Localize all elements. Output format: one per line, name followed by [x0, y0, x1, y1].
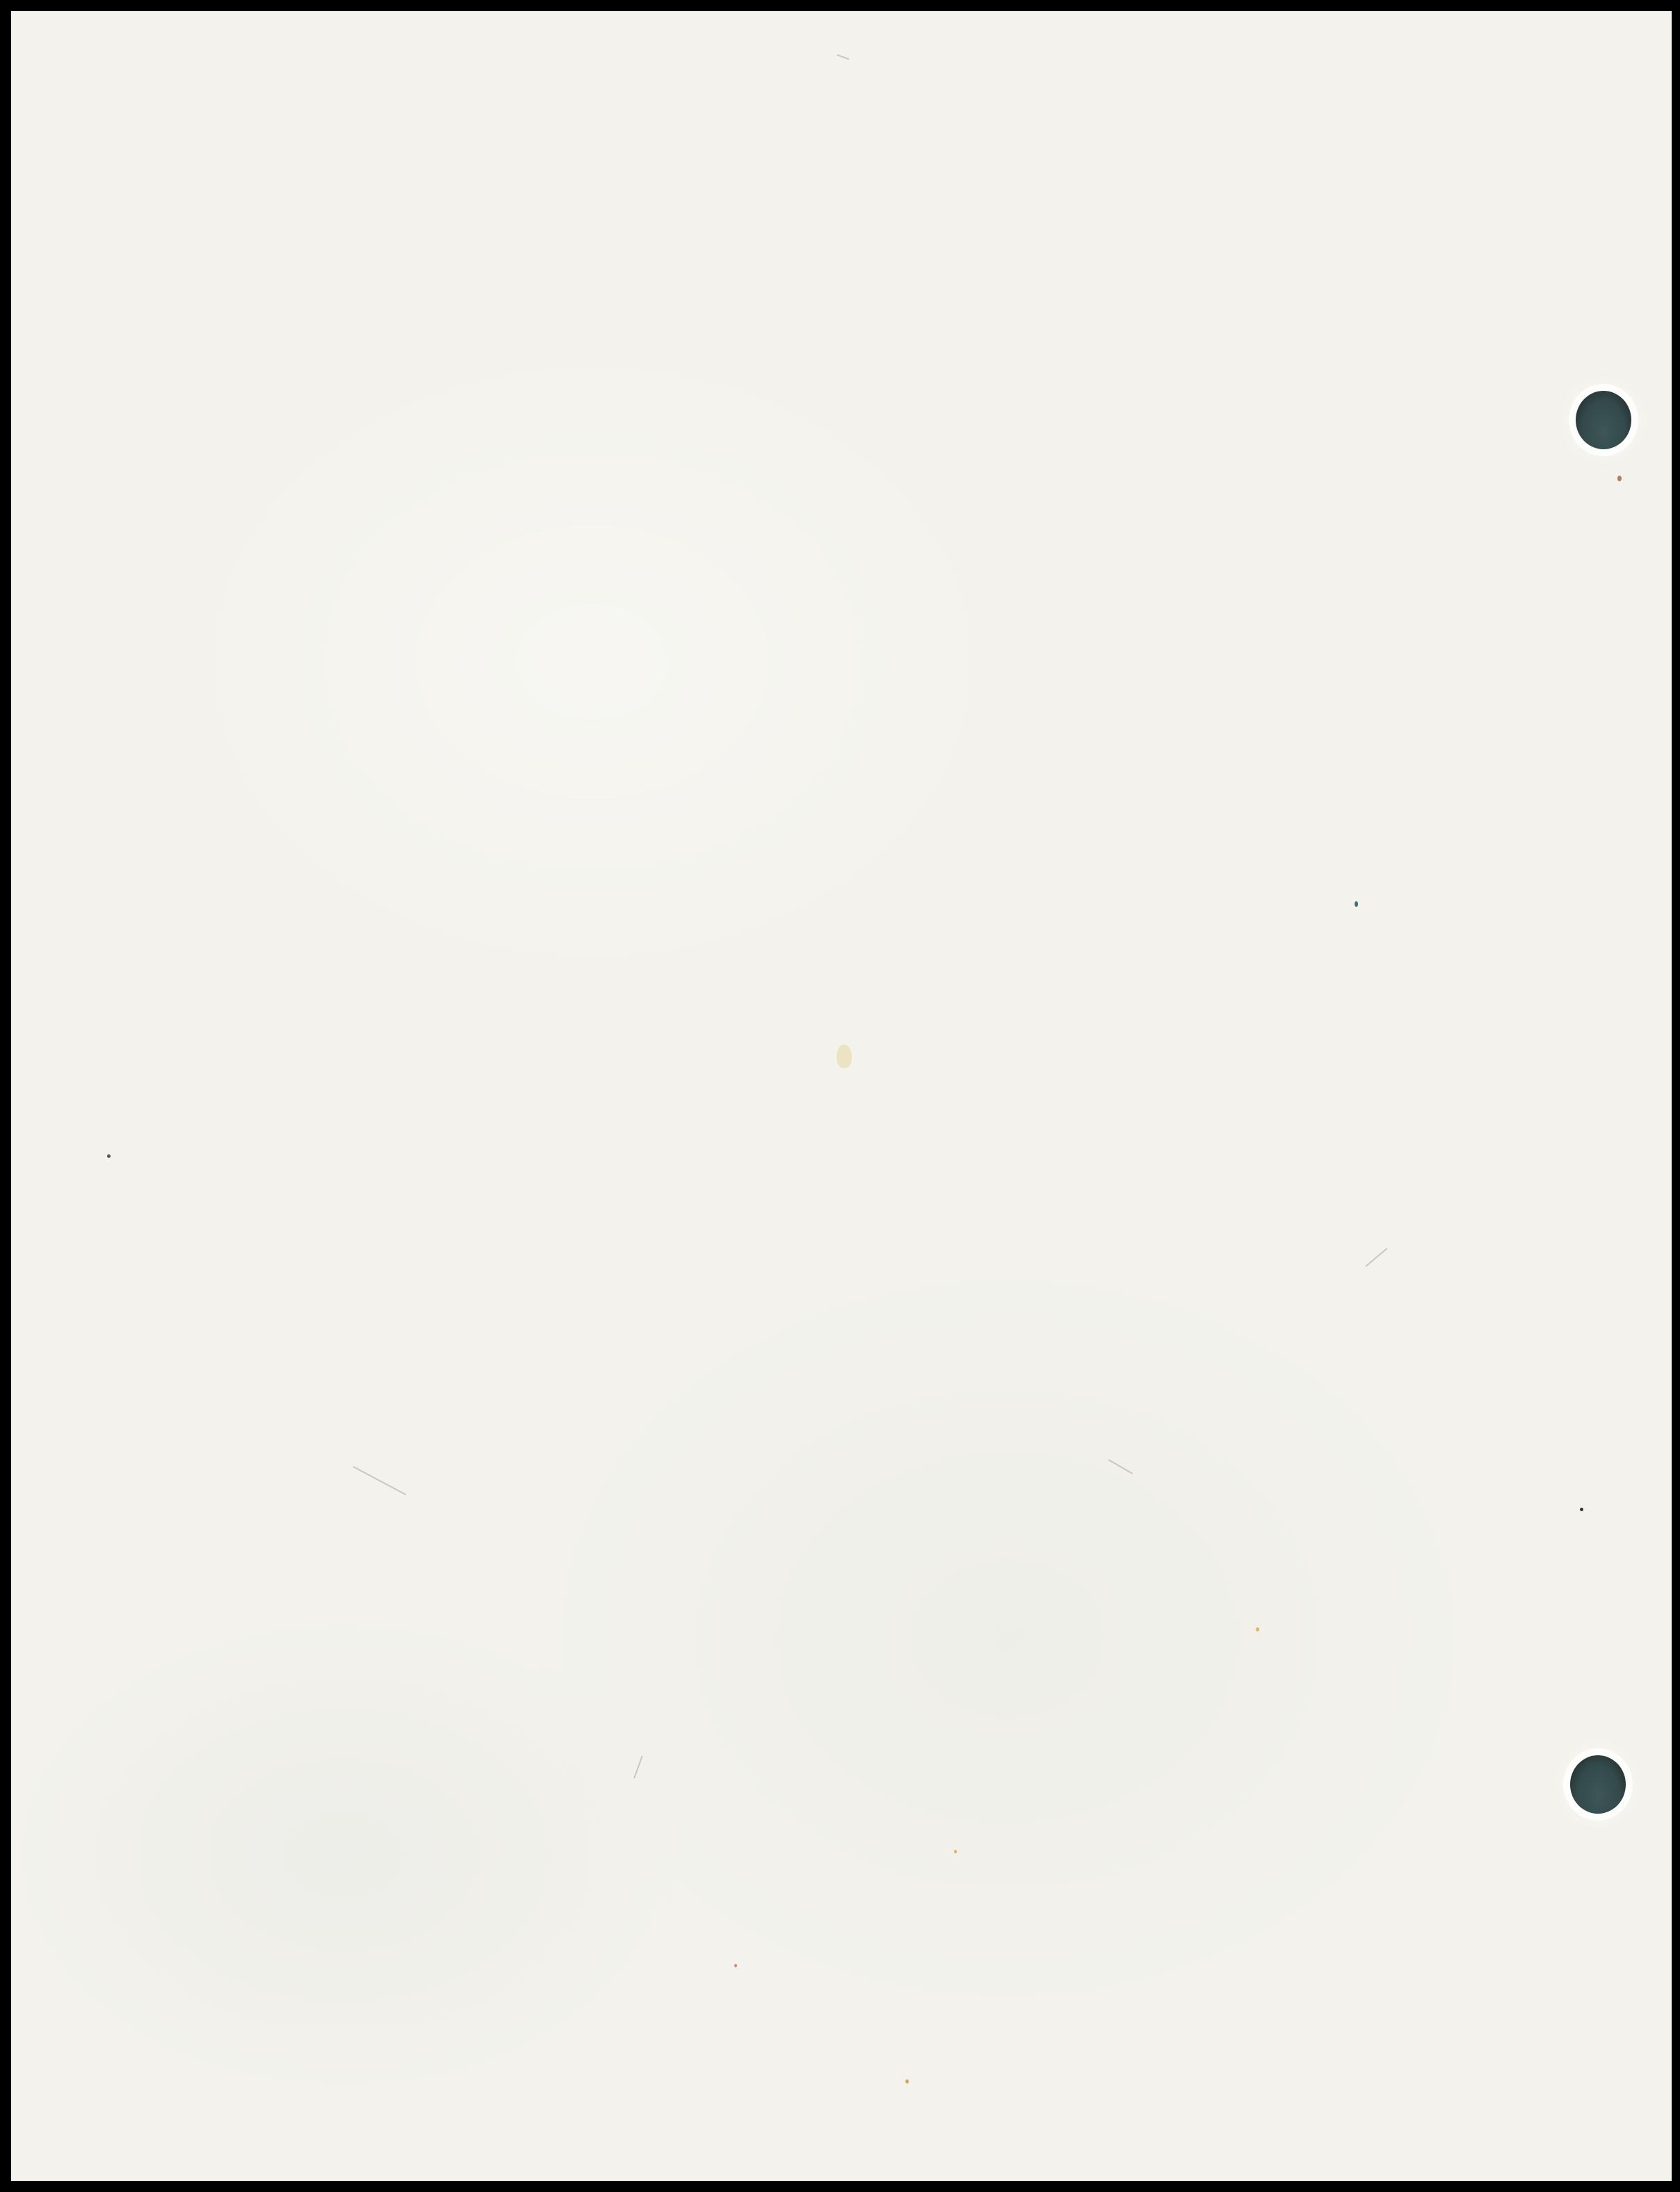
- paper-speck: [954, 1850, 957, 1853]
- paper-speck: [1580, 1508, 1583, 1511]
- punch-hole-icon-lower: [1570, 1755, 1626, 1814]
- blank-paper-sheet: [11, 11, 1672, 2181]
- paper-speck: [1617, 476, 1622, 481]
- paper-speck: [734, 1964, 737, 1967]
- scan-border: [0, 0, 1680, 2192]
- paper-speck: [1256, 1627, 1259, 1631]
- paper-fleck: [837, 1045, 852, 1068]
- paper-speck: [107, 1154, 111, 1158]
- paper-speck: [905, 2079, 909, 2084]
- punch-hole-icon-upper: [1576, 391, 1631, 449]
- paper-speck: [1355, 901, 1358, 907]
